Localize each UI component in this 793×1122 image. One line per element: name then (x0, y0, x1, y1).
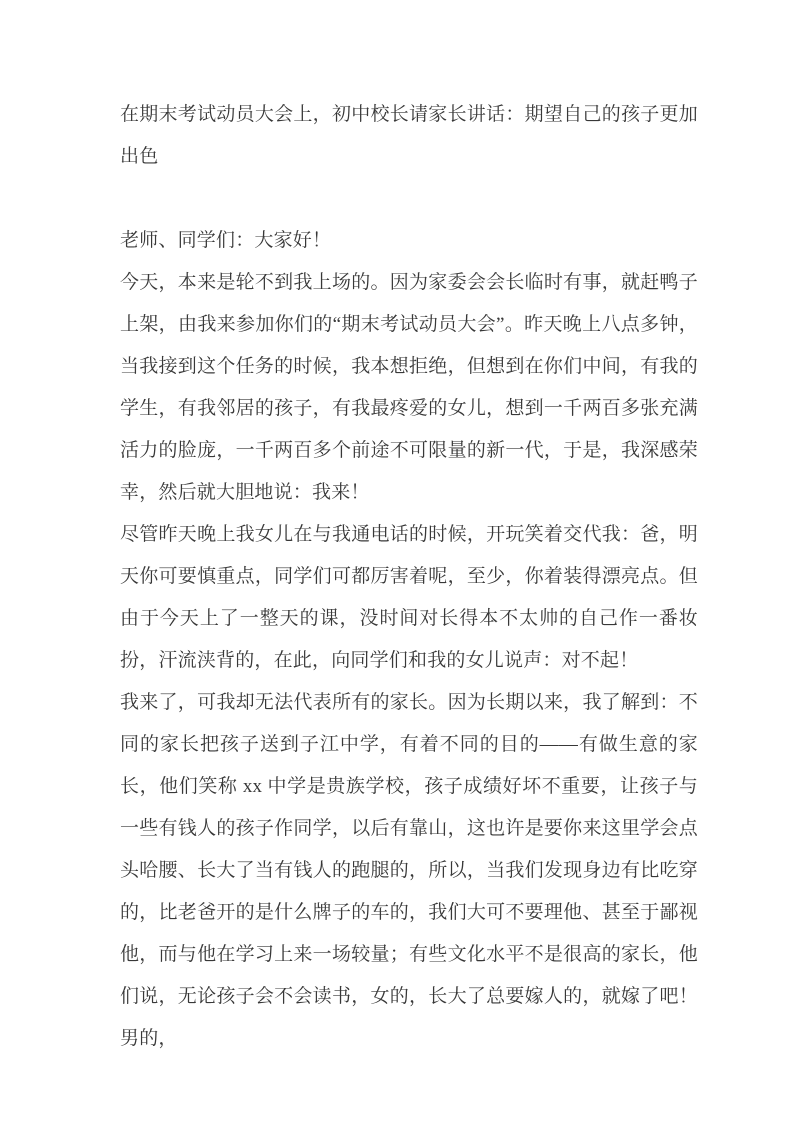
paragraph-opening: 今天，本来是轮不到我上场的。因为家委会会长临时有事，就赶鸭子上架，由我来参加你们… (120, 262, 698, 514)
document-title: 在期末考试动员大会上，初中校长请家长讲话：期望自己的孩子更加出色 (120, 94, 698, 178)
paragraph-greeting: 老师、同学们：大家好！ (120, 220, 698, 262)
document-page: 在期末考试动员大会上，初中校长请家长讲话：期望自己的孩子更加出色 老师、同学们：… (0, 0, 793, 1122)
paragraph-parents-purposes: 我来了，可我却无法代表所有的家长。因为长期以来，我了解到：不同的家长把孩子送到子… (120, 682, 698, 1060)
paragraph-daughter-phone-call: 尽管昨天晚上我女儿在与我通电话的时候，开玩笑着交代我：爸，明天你可要慎重点，同学… (120, 514, 698, 682)
